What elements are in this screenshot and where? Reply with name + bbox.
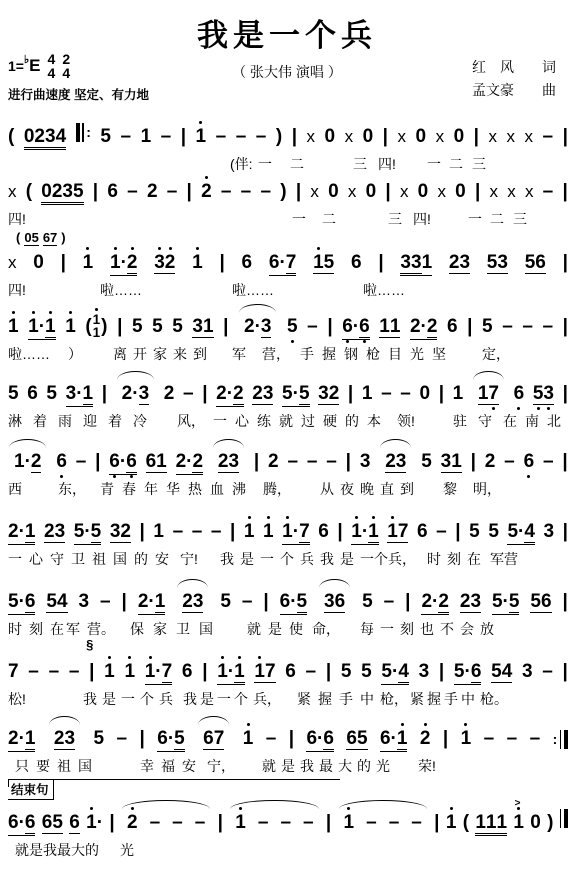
note-token: 1	[263, 522, 274, 541]
note-token: x	[400, 183, 409, 200]
note-token: 2	[420, 729, 431, 748]
beam-group: 6·6	[342, 317, 369, 340]
note-char: 1	[446, 813, 457, 832]
note-char: 6	[146, 452, 157, 471]
note-char: 5	[362, 592, 373, 611]
note-token: 23	[44, 522, 65, 543]
note-token: 32	[110, 522, 131, 543]
note-char: 0	[325, 127, 336, 146]
note-char: –	[502, 317, 513, 336]
lyric-segment: 枪。	[480, 689, 508, 709]
note-token: 1·2	[14, 452, 41, 473]
note-token: 1	[196, 127, 207, 146]
octave-dot-above	[32, 311, 35, 314]
note-char: 3	[228, 452, 239, 471]
note-char: 2	[8, 729, 19, 748]
note-token: 5	[488, 522, 499, 541]
note-token: 5	[8, 384, 19, 403]
note-char: 1	[263, 522, 274, 541]
note-token: 6·5	[157, 729, 184, 752]
music-line-11: 6·66561·|2–––|1–––|1–––|1(1111>0)就是我最大的光	[8, 808, 568, 857]
beam-group: 2·2	[421, 592, 448, 615]
barline: |	[93, 182, 98, 201]
note-token: 61	[146, 452, 167, 473]
barline: |	[292, 127, 297, 146]
note-token: 1·7	[145, 662, 172, 685]
beam-group: 7	[162, 662, 173, 683]
note-char: –	[507, 729, 518, 748]
note-token: 6	[285, 662, 296, 681]
note-char: 1	[28, 317, 39, 336]
lyric-segment: (伴:	[230, 154, 253, 174]
note-char: 5	[525, 253, 536, 272]
note-char: 1	[397, 729, 408, 748]
note-char: –	[260, 182, 271, 201]
lyric-segment: 就是我最大的	[15, 840, 99, 860]
barline: |	[102, 384, 107, 403]
note-token: 1	[141, 127, 152, 146]
note-char: 7	[286, 253, 297, 272]
note-token: x	[348, 183, 357, 200]
note-char: (	[26, 182, 32, 201]
note-char: 6	[242, 253, 253, 272]
note-token: 65	[346, 729, 367, 750]
beam-group: 05	[24, 231, 38, 246]
barline: |	[219, 253, 224, 272]
note-token: 111	[475, 813, 507, 836]
note-char: 1	[25, 729, 36, 748]
note-char: –	[161, 127, 172, 146]
lyrics-row: 时刻在军营。保家卫国就是使命，每一刻也不会放	[8, 619, 568, 636]
note-char: 2	[44, 522, 55, 541]
lyric-segment: 一心守卫祖国的安	[8, 549, 176, 569]
note-char: 5	[8, 592, 19, 611]
beam-group: 6	[25, 813, 36, 834]
note-token: –	[502, 317, 513, 336]
notation-row: (0234:5–1–|1–––)|x0x0|x0x0|xxx–|	[8, 122, 568, 150]
note-token: 53	[487, 253, 508, 274]
barline: |	[326, 813, 331, 832]
note-char: 3	[55, 522, 66, 541]
beam-group: 1·1	[351, 522, 378, 545]
note-char: –	[287, 452, 298, 471]
notation-row: 6·66561·|2–––|1–––|1–––|1(1111>0)	[8, 808, 568, 836]
note-token: 0	[455, 182, 466, 201]
note-token: –	[307, 452, 318, 471]
note-char: –	[543, 452, 554, 471]
beam-group: 23	[449, 253, 470, 274]
note-char: 0	[418, 182, 429, 201]
music-line-10: 2·1235–|6·5671–|6·6656·12|1–––:只要祖国幸福安宁，…	[8, 729, 568, 773]
repeat-dots: :	[86, 125, 91, 139]
lyric-segment: 四!	[8, 209, 26, 229]
notation-row: 5·6543–|2·1235–|6·5365–|2·2235·556|	[8, 592, 568, 615]
note-char: 6	[318, 522, 329, 541]
note-char: 4	[57, 592, 68, 611]
note-char: 2	[165, 253, 176, 272]
music-line-9: 7–––|§111·76|1·1176–|555·43|5·6543–|松!我是…	[8, 662, 568, 706]
beam-group: 2	[427, 317, 438, 338]
note-char: 6	[417, 522, 428, 541]
octave-dot-below	[527, 475, 530, 478]
note-char: 2	[122, 384, 133, 403]
beam-group: 23	[218, 452, 239, 473]
lyric-segment: 时刻在	[8, 619, 71, 639]
note-char: 3	[419, 662, 430, 681]
note-char: 1	[141, 127, 152, 146]
barline: |	[181, 127, 186, 146]
note-char: 0	[366, 182, 377, 201]
beam-group: 2·1	[8, 522, 35, 545]
beam-group: 7	[286, 253, 297, 274]
music-line-7: 2·1235·532|1–––|111·76|1·1176–|555·43|一心…	[8, 522, 568, 566]
lyrics-row: (伴:一二三四!一二三	[8, 154, 568, 171]
note-char: 1	[83, 253, 94, 272]
note-token: –	[507, 729, 518, 748]
note-char: 2	[182, 592, 193, 611]
note-token: –	[216, 127, 227, 146]
note-char: –	[127, 182, 138, 201]
lyric-segment: 荣!	[418, 756, 436, 776]
note-char: 1	[145, 662, 156, 681]
beam-group: 56	[530, 592, 551, 613]
beam-group: 6·7	[269, 253, 296, 276]
lyrics-row: 只要祖国幸福安宁，就是我最大的光荣!	[8, 756, 568, 773]
note-char: 2	[244, 317, 255, 336]
lyric-segment: 四!	[378, 154, 396, 174]
lyrics-row: 一心守卫祖国的安宁!我是一个兵我是一个兵，时刻在军营	[8, 549, 568, 566]
beam-group: 1·7	[145, 662, 172, 685]
note-char: 5	[421, 452, 432, 471]
note-token: –	[195, 813, 206, 832]
beam-group: 0235	[41, 182, 83, 205]
note-char: 5	[172, 317, 183, 336]
lyric-segment: 时刻在	[427, 549, 487, 569]
beam-group: 0234	[24, 127, 66, 148]
note-char: 2	[460, 592, 471, 611]
note-token: (	[463, 813, 469, 832]
note-char: (	[463, 813, 469, 832]
octave-dot-above	[424, 723, 427, 726]
note-char: )	[547, 813, 553, 832]
note-char: –	[436, 522, 447, 541]
beam-group: 5·4	[381, 662, 408, 685]
slur-group: 23	[176, 592, 209, 613]
note-char: 5	[509, 592, 520, 611]
slur-group: 1–––	[338, 813, 428, 832]
beam-group: 6	[359, 317, 370, 338]
octave-dot-above	[391, 516, 394, 519]
note-token: 7	[8, 662, 19, 681]
note-token: –	[69, 662, 80, 681]
note-char: 1	[25, 522, 36, 541]
note-char: –	[28, 662, 39, 681]
note-token: –	[161, 127, 172, 146]
note-char: 6	[43, 231, 50, 244]
note-token: –	[120, 127, 131, 146]
note-char: 3	[544, 522, 555, 541]
note-char: 1	[486, 813, 497, 832]
note-token: –	[258, 813, 269, 832]
note-token: 5	[362, 592, 373, 611]
note-token: 2·3	[244, 317, 271, 338]
note-char: 6	[342, 317, 353, 336]
note-token: x	[507, 183, 516, 200]
note-token: 2·1	[8, 522, 35, 545]
note-char: 4	[398, 662, 409, 681]
note-token: 17	[254, 662, 275, 683]
beam-group: 54	[46, 592, 67, 613]
note-char: –	[173, 522, 184, 541]
lyric-segment: 一	[258, 154, 272, 174]
beam-group: 65	[42, 813, 63, 834]
octave-dot-above	[238, 656, 241, 659]
note-char: 0	[41, 182, 52, 201]
beam-group: 1·1	[217, 662, 244, 685]
slur-group: 2·3	[116, 384, 155, 405]
barline: |	[562, 452, 567, 471]
note-char: 6	[285, 662, 296, 681]
lyric-segment: 营。	[87, 619, 115, 639]
note-char: x	[437, 183, 446, 200]
note-char: 1	[192, 253, 203, 272]
note-token: 3	[544, 522, 555, 541]
note-token: –	[504, 452, 515, 471]
slur-group: 23	[48, 729, 81, 750]
octave-dot-above	[114, 247, 117, 250]
beam-group: 5	[297, 592, 308, 613]
note-char: 6	[107, 182, 118, 201]
note-token: –	[381, 384, 392, 403]
beam-group: 17	[478, 384, 499, 405]
octave-dot-above	[90, 807, 93, 810]
note-token: 1·1	[28, 317, 55, 340]
barline: |	[289, 729, 294, 748]
note-char: 2	[410, 317, 421, 336]
lyric-segment: 三	[513, 209, 527, 229]
note-char: 3	[66, 384, 77, 403]
note-char: 7	[265, 662, 276, 681]
note-char: 0	[455, 182, 466, 201]
note-token: )	[280, 182, 286, 201]
note-char: 2	[485, 452, 496, 471]
lyric-segment: 四!	[8, 280, 26, 300]
note-token: 6·6	[8, 813, 35, 836]
octave-dot-above	[158, 247, 161, 250]
barline: |	[563, 127, 568, 146]
note-char: 2	[420, 729, 431, 748]
barline: |	[475, 182, 480, 201]
note-char: 1	[344, 813, 355, 832]
note-token: –	[484, 729, 495, 748]
note-char: 3	[543, 384, 554, 403]
lyrics-row: 四!一二三四!一二三	[8, 209, 568, 226]
note-char: 3	[62, 182, 73, 201]
note-token: 2	[147, 182, 158, 201]
note-token: 17	[478, 384, 499, 405]
music-line-3: (0567)x0|11·2321|66·7156|331235356|四!啦………	[8, 253, 568, 297]
beam-group: 0235	[41, 182, 83, 203]
music-line-8: 5·6543–|2·1235–|6·5365–|2·2235·556|时刻在军营…	[8, 592, 568, 636]
note-token: 17	[387, 522, 408, 543]
beam-group: 23	[460, 592, 481, 613]
lyric-segment: 军	[66, 619, 80, 639]
barline: |	[326, 662, 331, 681]
note-char: 2	[329, 384, 340, 403]
note-token: 5	[132, 317, 143, 336]
accent-mark: >	[515, 799, 521, 809]
note-token: 53	[533, 384, 554, 405]
note-char: 6	[380, 729, 391, 748]
note-token: 0234	[24, 127, 66, 150]
note-char: –	[307, 452, 318, 471]
barline: |	[139, 729, 144, 748]
note-token: 6	[56, 452, 67, 471]
note-token: 15	[313, 253, 334, 274]
music-line-1: (0234:5–1–|1–––)|x0x0|x0x0|xxx–|(伴:一二三四!…	[8, 122, 568, 171]
beam-group: 5	[509, 592, 520, 613]
note-char: 1	[461, 729, 472, 748]
beam-group: 111	[475, 813, 507, 836]
note-token: –	[542, 662, 553, 681]
note-token: 2·2	[410, 317, 437, 340]
beam-group: 6	[323, 729, 334, 750]
note-char: 4	[56, 127, 67, 146]
beam-group: 6	[25, 592, 36, 613]
note-token: 5	[421, 452, 432, 471]
notation-row: x0|11·2321|66·7156|331235356|	[8, 253, 568, 276]
beam-group: 5·6	[454, 662, 481, 685]
note-char: 5	[507, 522, 518, 541]
lyric-segment: 啦……	[100, 280, 142, 300]
note-char: 1	[243, 729, 254, 748]
begin-repeat-barline: :	[76, 122, 91, 142]
beam-group: 67	[203, 729, 224, 750]
note-char: 2	[216, 384, 227, 403]
composer-credit: 孟文豪 曲	[472, 79, 556, 102]
note-token: –	[384, 592, 395, 611]
beam-group: 11	[379, 317, 400, 338]
note-char: 1	[8, 317, 19, 336]
lyric-segment: 风，	[177, 411, 205, 431]
lyric-segment: 啦……	[232, 280, 274, 300]
note-char: 5	[52, 813, 63, 832]
note-char: 1	[451, 452, 462, 471]
note-token: 23	[385, 452, 406, 473]
beam-group: 4	[398, 662, 409, 683]
note-char: 2	[438, 592, 449, 611]
barline: |	[455, 522, 460, 541]
slur-group: 17	[472, 384, 505, 405]
page-title: 我是一个兵	[0, 10, 574, 55]
note-char: 6	[25, 813, 36, 832]
beam-group: 6·5	[280, 592, 307, 615]
note-char: 3	[411, 253, 422, 272]
note-char: –	[306, 662, 317, 681]
note-token: –	[543, 452, 554, 471]
octave-dot-above	[149, 656, 152, 659]
octave-dot-above	[401, 723, 404, 726]
note-token: 6	[69, 813, 80, 834]
note-char: –	[326, 452, 337, 471]
note-token: –	[280, 813, 291, 832]
note-char: 6	[524, 452, 535, 471]
octave-dot-above	[128, 656, 131, 659]
note-char: 1	[282, 522, 293, 541]
beam-group: 17	[254, 662, 275, 683]
beam-group: 1	[368, 522, 379, 543]
note-token: (	[26, 182, 32, 201]
note-token: 67	[43, 231, 57, 246]
lyric-segment: 从夜晚直到	[320, 479, 420, 499]
beam-group: 1	[45, 317, 56, 338]
note-char: 3	[522, 662, 533, 681]
note-token: –	[256, 127, 267, 146]
beam-group: 6·6	[109, 452, 136, 475]
note-token: )	[276, 127, 282, 146]
octave-dot-below	[346, 340, 349, 343]
note-char: 2	[427, 317, 438, 336]
beam-group: 7	[299, 522, 310, 543]
beam-group: 1	[25, 522, 36, 543]
note-char: 6	[306, 729, 317, 748]
note-char: 5	[487, 253, 498, 272]
lyric-segment: 在南北	[503, 411, 569, 431]
note-char: x	[398, 128, 407, 145]
note-token: 1	[93, 327, 101, 340]
note-token: 2·3	[122, 384, 149, 405]
lyric-segment: 腾，	[263, 479, 291, 499]
note-char: 7	[214, 729, 225, 748]
coda-label: 结束句	[8, 780, 54, 800]
note-char: 1	[234, 662, 245, 681]
note-char: 5	[8, 384, 19, 403]
note-token: 1	[124, 662, 135, 681]
barline: |	[254, 452, 259, 471]
note-char: 5	[533, 384, 544, 403]
note-token: 0	[366, 182, 377, 201]
note-char: 3	[324, 592, 335, 611]
notation-row: 11·11(11)|55531|2·35–|6·6112·26|5–––|	[8, 314, 568, 340]
note-char: 6	[126, 452, 137, 471]
note-char: 5	[297, 592, 308, 611]
beam-group: 2	[31, 452, 42, 473]
note-char: 6	[346, 729, 357, 748]
note-char: x	[488, 128, 497, 145]
barline: |	[95, 452, 100, 471]
note-char: x	[8, 254, 17, 271]
lyric-segment: 一	[427, 154, 441, 174]
beam-group: 56	[525, 253, 546, 274]
barline: |	[327, 317, 332, 336]
note-token: 1	[344, 813, 355, 832]
note-token: –	[28, 662, 39, 681]
beam-group: 17	[387, 522, 408, 543]
octave-dot-above	[239, 807, 242, 810]
note-token: 0	[416, 127, 427, 146]
note-char: 2	[52, 182, 63, 201]
beam-group: 6·6	[8, 813, 35, 836]
slur-group: 67	[197, 729, 230, 750]
octave-dot-below	[130, 475, 133, 478]
note-char: 5	[74, 522, 85, 541]
note-token: 5	[46, 384, 57, 403]
lyric-segment: 明，	[473, 479, 501, 499]
octave-dot-below	[60, 475, 63, 478]
segno-icon: §	[86, 638, 93, 651]
note-char: 7	[488, 384, 499, 403]
beam-group: 6	[126, 452, 137, 473]
